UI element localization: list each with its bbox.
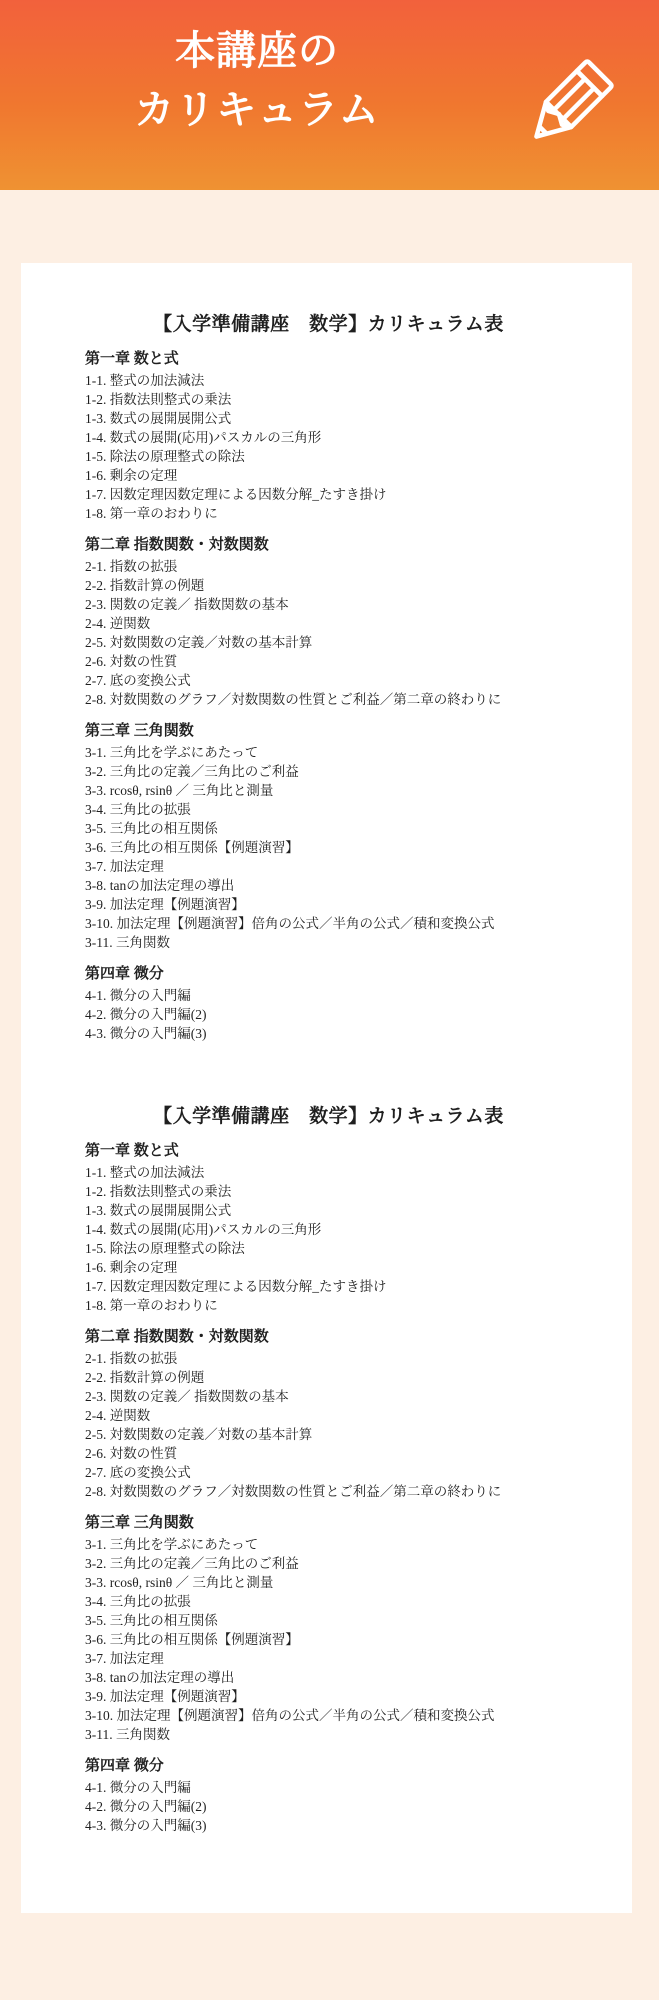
chapter-heading: 第四章 微分 bbox=[85, 964, 572, 985]
curriculum-item: 3-3. rcosθ, rsinθ ／ 三角比と測量 bbox=[85, 1573, 572, 1592]
header-title: 本講座の カリキュラム bbox=[134, 22, 380, 140]
curriculum-item: 3-9. 加法定理【例題演習】 bbox=[85, 895, 572, 914]
curriculum-item: 1-8. 第一章のおわりに bbox=[85, 504, 572, 523]
curriculum-item: 2-7. 底の変換公式 bbox=[85, 1463, 572, 1482]
curriculum-item: 1-4. 数式の展開(応用)パスカルの三角形 bbox=[85, 1220, 572, 1239]
chapter-heading: 第四章 微分 bbox=[85, 1756, 572, 1777]
curriculum-item: 2-3. 関数の定義／ 指数関数の基本 bbox=[85, 595, 572, 614]
chapter-list: 第一章 数と式1-1. 整式の加法減法1-2. 指数法則整式の乗法1-3. 数式… bbox=[85, 1141, 572, 1835]
curriculum-item: 3-6. 三角比の相互関係【例題演習】 bbox=[85, 1630, 572, 1649]
curriculum-item: 2-4. 逆関数 bbox=[85, 614, 572, 633]
chapter-heading: 第二章 指数関数・対数関数 bbox=[85, 1327, 572, 1348]
chapter-list: 第一章 数と式1-1. 整式の加法減法1-2. 指数法則整式の乗法1-3. 数式… bbox=[85, 349, 572, 1043]
curriculum-title: 【入学準備講座 数学】カリキュラム表 bbox=[85, 309, 572, 336]
curriculum-item: 3-10. 加法定理【例題演習】倍角の公式／半角の公式／積和変換公式 bbox=[85, 914, 572, 933]
curriculum-item: 2-6. 対数の性質 bbox=[85, 1444, 572, 1463]
chapter-heading: 第三章 三角関数 bbox=[85, 1513, 572, 1534]
chapter-heading: 第一章 数と式 bbox=[85, 349, 572, 370]
curriculum-item: 2-7. 底の変換公式 bbox=[85, 671, 572, 690]
curriculum-item: 3-7. 加法定理 bbox=[85, 1649, 572, 1668]
curriculum-item: 3-8. tanの加法定理の導出 bbox=[85, 876, 572, 895]
curriculum-table: 【入学準備講座 数学】カリキュラム表 第一章 数と式1-1. 整式の加法減法1-… bbox=[85, 309, 572, 1043]
curriculum-item: 3-3. rcosθ, rsinθ ／ 三角比と測量 bbox=[85, 781, 572, 800]
curriculum-item: 1-2. 指数法則整式の乗法 bbox=[85, 390, 572, 409]
curriculum-title: 【入学準備講座 数学】カリキュラム表 bbox=[85, 1101, 572, 1128]
curriculum-item: 4-2. 微分の入門編(2) bbox=[85, 1797, 572, 1816]
chapter-heading: 第二章 指数関数・対数関数 bbox=[85, 535, 572, 556]
curriculum-item: 3-1. 三角比を学ぶにあたって bbox=[85, 743, 572, 762]
curriculum-item: 1-7. 因数定理因数定理による因数分解_たすき掛け bbox=[85, 485, 572, 504]
page: { "page": { "background_color": "#fdefe3… bbox=[0, 0, 659, 2000]
chapter-heading: 第一章 数と式 bbox=[85, 1141, 572, 1162]
curriculum-item: 1-1. 整式の加法減法 bbox=[85, 371, 572, 390]
curriculum-item: 1-6. 剰余の定理 bbox=[85, 1258, 572, 1277]
curriculum-item: 4-1. 微分の入門編 bbox=[85, 986, 572, 1005]
curriculum-item: 1-3. 数式の展開展開公式 bbox=[85, 1201, 572, 1220]
chapter-heading: 第三章 三角関数 bbox=[85, 721, 572, 742]
curriculum-item: 1-7. 因数定理因数定理による因数分解_たすき掛け bbox=[85, 1277, 572, 1296]
curriculum-item: 2-1. 指数の拡張 bbox=[85, 1349, 572, 1368]
curriculum-item: 1-5. 除法の原理整式の除法 bbox=[85, 447, 572, 466]
curriculum-item: 1-6. 剰余の定理 bbox=[85, 466, 572, 485]
curriculum-item: 3-1. 三角比を学ぶにあたって bbox=[85, 1535, 572, 1554]
curriculum-item: 2-3. 関数の定義／ 指数関数の基本 bbox=[85, 1387, 572, 1406]
curriculum-item: 3-11. 三角関数 bbox=[85, 933, 572, 952]
curriculum-item: 1-2. 指数法則整式の乗法 bbox=[85, 1182, 572, 1201]
curriculum-item: 3-9. 加法定理【例題演習】 bbox=[85, 1687, 572, 1706]
pencil-icon bbox=[513, 50, 621, 162]
curriculum-item: 3-2. 三角比の定義／三角比のご利益 bbox=[85, 1554, 572, 1573]
curriculum-item: 3-7. 加法定理 bbox=[85, 857, 572, 876]
header-title-line2: カリキュラム bbox=[134, 81, 380, 140]
curriculum-item: 2-5. 対数関数の定義／対数の基本計算 bbox=[85, 1425, 572, 1444]
curriculum-item: 3-10. 加法定理【例題演習】倍角の公式／半角の公式／積和変換公式 bbox=[85, 1706, 572, 1725]
curriculum-item: 3-5. 三角比の相互関係 bbox=[85, 819, 572, 838]
curriculum-item: 2-4. 逆関数 bbox=[85, 1406, 572, 1425]
curriculum-item: 2-2. 指数計算の例題 bbox=[85, 576, 572, 595]
curriculum-item: 3-4. 三角比の拡張 bbox=[85, 800, 572, 819]
curriculum-item: 2-6. 対数の性質 bbox=[85, 652, 572, 671]
curriculum-item: 1-8. 第一章のおわりに bbox=[85, 1296, 572, 1315]
curriculum-item: 3-5. 三角比の相互関係 bbox=[85, 1611, 572, 1630]
curriculum-item: 3-4. 三角比の拡張 bbox=[85, 1592, 572, 1611]
curriculum-item: 4-1. 微分の入門編 bbox=[85, 1778, 572, 1797]
curriculum-item: 4-3. 微分の入門編(3) bbox=[85, 1024, 572, 1043]
curriculum-card: 【入学準備講座 数学】カリキュラム表 第一章 数と式1-1. 整式の加法減法1-… bbox=[21, 263, 632, 1913]
curriculum-item: 3-11. 三角関数 bbox=[85, 1725, 572, 1744]
curriculum-item: 1-5. 除法の原理整式の除法 bbox=[85, 1239, 572, 1258]
curriculum-item: 1-4. 数式の展開(応用)パスカルの三角形 bbox=[85, 428, 572, 447]
curriculum-item: 2-2. 指数計算の例題 bbox=[85, 1368, 572, 1387]
curriculum-item: 1-1. 整式の加法減法 bbox=[85, 1163, 572, 1182]
curriculum-item: 2-5. 対数関数の定義／対数の基本計算 bbox=[85, 633, 572, 652]
header-title-line1: 本講座の bbox=[134, 22, 380, 81]
curriculum-item: 3-6. 三角比の相互関係【例題演習】 bbox=[85, 838, 572, 857]
curriculum-item: 3-8. tanの加法定理の導出 bbox=[85, 1668, 572, 1687]
curriculum-item: 2-1. 指数の拡張 bbox=[85, 557, 572, 576]
curriculum-item: 3-2. 三角比の定義／三角比のご利益 bbox=[85, 762, 572, 781]
curriculum-item: 4-3. 微分の入門編(3) bbox=[85, 1816, 572, 1835]
curriculum-item: 2-8. 対数関数のグラフ／対数関数の性質とご利益／第二章の終わりに bbox=[85, 1482, 572, 1501]
curriculum-item: 1-3. 数式の展開展開公式 bbox=[85, 409, 572, 428]
curriculum-table: 【入学準備講座 数学】カリキュラム表 第一章 数と式1-1. 整式の加法減法1-… bbox=[85, 1101, 572, 1835]
page-header: 本講座の カリキュラム bbox=[0, 0, 659, 190]
curriculum-item: 2-8. 対数関数のグラフ／対数関数の性質とご利益／第二章の終わりに bbox=[85, 690, 572, 709]
curriculum-item: 4-2. 微分の入門編(2) bbox=[85, 1005, 572, 1024]
